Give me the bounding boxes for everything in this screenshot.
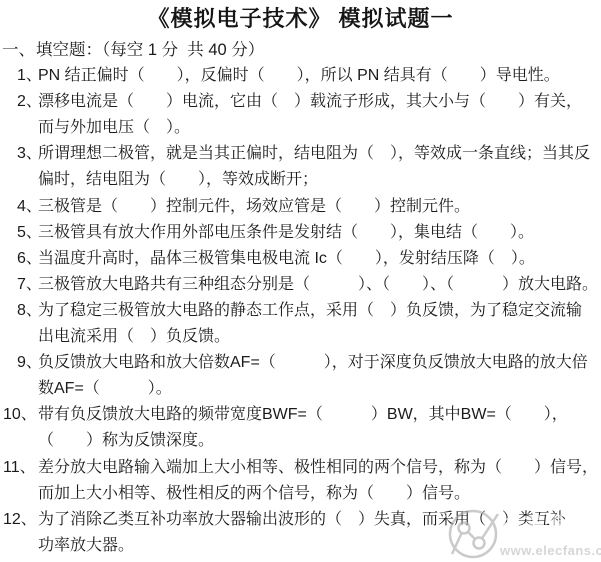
question-line: 功率放大器。	[0, 533, 601, 559]
question-number: 10、	[0, 402, 38, 428]
question-text: 三极管放大电路共有三种组态分别是（ ）、（ ）、（ ）放大电路。	[38, 272, 598, 298]
question-line: 3、 所谓理想二极管，就是当其正偏时，结电阻为（ ），等效成一条直线；当其反	[0, 141, 601, 167]
question-text: （ ）称为反馈深度。	[38, 428, 214, 454]
question-number: 12、	[0, 507, 38, 533]
question-text: 填空题：（每空 1 分 共 40 分）	[36, 37, 264, 63]
question-line: 8、 为了稳定三极管放大电路的静态工作点，采用（ ）负反馈，为了稳定交流输	[0, 298, 601, 324]
question-number: 5、	[0, 220, 38, 246]
question-number: 1、	[0, 63, 38, 89]
question-line: 1、 PN 结正偏时（ ），反偏时（ ），所以 PN 结具有（ ）导电性。	[0, 63, 601, 89]
question-number	[0, 167, 38, 193]
question-text: 当温度升高时，晶体三极管集电极电流 Ic（ ），发射结压降（ ）。	[38, 246, 535, 272]
question-number: 7、	[0, 272, 38, 298]
question-text: 功率放大器。	[38, 533, 134, 559]
question-text: 数AF=（ ）。	[38, 376, 172, 402]
question-number	[0, 428, 38, 454]
question-text: 负反馈放大电路和放大倍数AF=（ ），对于深度负反馈放大电路的放大倍	[38, 350, 588, 376]
question-line: 2、 漂移电流是（ ）电流，它由（ ）载流子形成，其大小与（ ）有关，	[0, 89, 601, 115]
question-number: 一、	[0, 37, 36, 63]
question-text: 为了消除乙类互补功率放大器输出波形的（ ）失真，而采用（ ）类互补	[38, 507, 566, 533]
page-title: 《模拟电子技术》 模拟试题一	[0, 2, 601, 33]
question-number	[0, 376, 38, 402]
question-number: 9、	[0, 350, 38, 376]
question-text: 差分放大电路输入端加上大小相等、极性相同的两个信号，称为（ ）信号，	[38, 455, 598, 481]
question-line: 12、 为了消除乙类互补功率放大器输出波形的（ ）失真，而采用（ ）类互补	[0, 507, 601, 533]
question-text: 为了稳定三极管放大电路的静态工作点，采用（ ）负反馈，为了稳定交流输	[38, 298, 582, 324]
question-text: 出电流采用（ ）负反馈。	[38, 324, 230, 350]
question-line: 一、 填空题：（每空 1 分 共 40 分）	[0, 37, 601, 63]
question-list: 一、 填空题：（每空 1 分 共 40 分） 1、 PN 结正偏时（ ），反偏时…	[0, 37, 601, 559]
question-text: 三极管具有放大作用外部电压条件是发射结（ ），集电结（ ）。	[38, 220, 534, 246]
question-line: 而与外加电压（ ）。	[0, 115, 601, 141]
question-text: 三极管是（ ）控制元件，场效应管是（ ）控制元件。	[38, 194, 470, 220]
question-line: 6、 当温度升高时，晶体三极管集电极电流 Ic（ ），发射结压降（ ）。	[0, 246, 601, 272]
question-text: 漂移电流是（ ）电流，它由（ ）载流子形成，其大小与（ ）有关，	[38, 89, 582, 115]
question-number: 11、	[0, 455, 38, 481]
question-line: 4、 三极管是（ ）控制元件，场效应管是（ ）控制元件。	[0, 194, 601, 220]
question-number: 6、	[0, 246, 38, 272]
question-line: 9、 负反馈放大电路和放大倍数AF=（ ），对于深度负反馈放大电路的放大倍	[0, 350, 601, 376]
question-line: 出电流采用（ ）负反馈。	[0, 324, 601, 350]
question-line: 7、 三极管放大电路共有三种组态分别是（ ）、（ ）、（ ）放大电路。	[0, 272, 601, 298]
question-line: 数AF=（ ）。	[0, 376, 601, 402]
exam-document: 《模拟电子技术》 模拟试题一 一、 填空题：（每空 1 分 共 40 分） 1、…	[0, 0, 601, 562]
question-line: 偏时，结电阻为（ ），等效成断开；	[0, 167, 601, 193]
question-text: 所谓理想二极管，就是当其正偏时，结电阻为（ ），等效成一条直线；当其反	[38, 141, 590, 167]
question-line: 5、 三极管具有放大作用外部电压条件是发射结（ ），集电结（ ）。	[0, 220, 601, 246]
question-line: 11、 差分放大电路输入端加上大小相等、极性相同的两个信号，称为（ ）信号，	[0, 455, 601, 481]
question-number: 2、	[0, 89, 38, 115]
question-number: 8、	[0, 298, 38, 324]
question-number	[0, 324, 38, 350]
question-number: 4、	[0, 194, 38, 220]
question-text: 而加上大小相等、极性相反的两个信号，称为（ ）信号。	[38, 481, 470, 507]
question-text: PN 结正偏时（ ），反偏时（ ），所以 PN 结具有（ ）导电性。	[38, 63, 560, 89]
question-line: 10、 带有负反馈放大电路的频带宽度BWF=（ ）BW，其中BW=（ ），	[0, 402, 601, 428]
question-line: （ ）称为反馈深度。	[0, 428, 601, 454]
question-text: 偏时，结电阻为（ ），等效成断开；	[38, 167, 318, 193]
question-text: 而与外加电压（ ）。	[38, 115, 190, 141]
question-number	[0, 533, 38, 559]
question-number	[0, 115, 38, 141]
question-text: 带有负反馈放大电路的频带宽度BWF=（ ）BW，其中BW=（ ），	[38, 402, 568, 428]
question-line: 而加上大小相等、极性相反的两个信号，称为（ ）信号。	[0, 481, 601, 507]
question-number: 3、	[0, 141, 38, 167]
question-number	[0, 481, 38, 507]
